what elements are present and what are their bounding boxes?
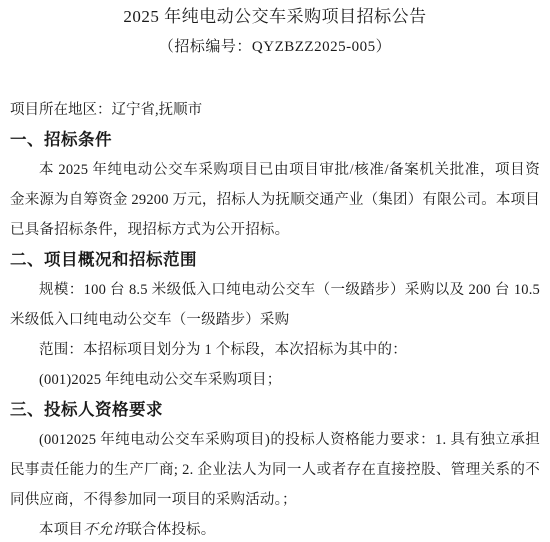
bidder-qualification-paragraph: (0012025 年纯电动公交车采购项目)的投标人资格能力要求：1. 具有独立承… xyxy=(10,425,540,515)
project-scope-paragraph: 范围：本招标项目划分为 1 个标段，本次招标为其中的： xyxy=(10,335,540,365)
section-heading-bidding-conditions: 一、招标条件 xyxy=(10,125,540,155)
consortium-bid-paragraph: 本项目不允许联合体投标。 xyxy=(10,515,540,542)
consortium-bid-emphasis: 不允许 xyxy=(83,522,127,538)
project-location-line: 项目所在地区：辽宁省,抚顺市 xyxy=(10,95,540,125)
project-scale-paragraph: 规模：100 台 8.5 米级低入口纯电动公交车（一级踏步）采购以及 200 台… xyxy=(10,275,540,335)
consortium-bid-prefix: 本项目 xyxy=(39,522,83,538)
tender-number-subtitle: （招标编号：QYZBZZ2025-005） xyxy=(10,32,540,62)
bidding-conditions-paragraph: 本 2025 年纯电动公交车采购项目已由项目审批/核准/备案机关批准，项目资金来… xyxy=(10,155,540,245)
lot-description-paragraph: (001)2025 年纯电动公交车采购项目； xyxy=(10,365,540,395)
section-heading-bidder-qualification: 三、投标人资格要求 xyxy=(10,395,540,425)
consortium-bid-suffix: 联合体投标。 xyxy=(127,522,215,538)
page-title: 2025 年纯电动公交车采购项目招标公告 xyxy=(10,2,540,32)
section-heading-project-overview: 二、项目概况和招标范围 xyxy=(10,245,540,275)
document-page: 2025 年纯电动公交车采购项目招标公告 （招标编号：QYZBZZ2025-00… xyxy=(0,0,550,542)
